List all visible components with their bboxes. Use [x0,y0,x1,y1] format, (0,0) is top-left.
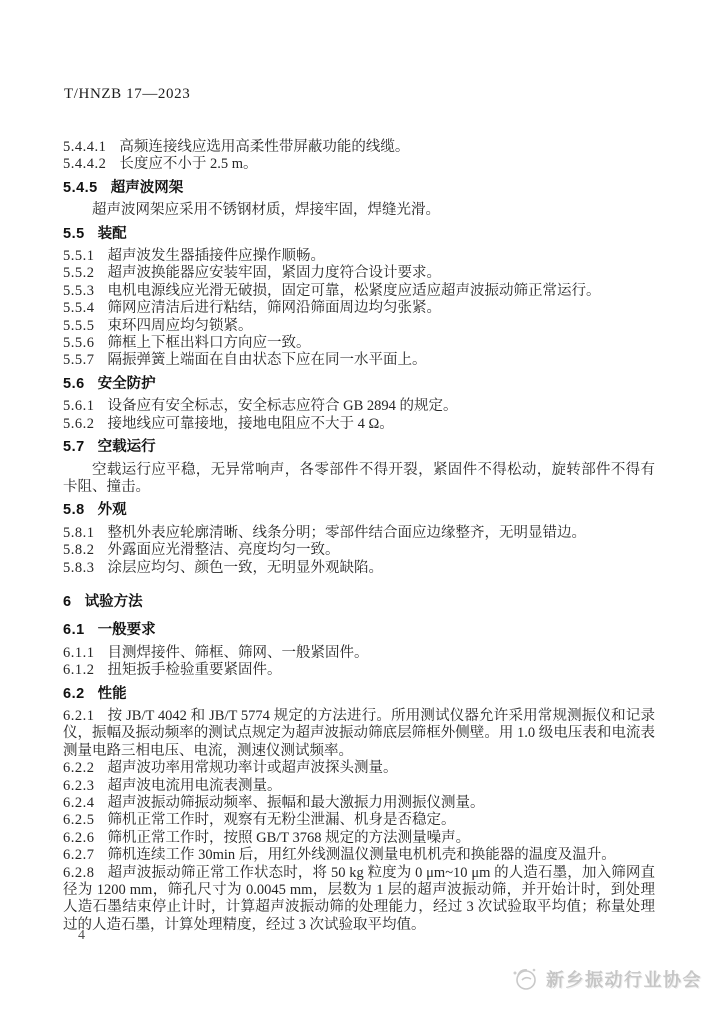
heading-6.2: 6.2性能 [63,686,655,703]
item-number: 5.6.1 [63,398,95,414]
clause-5.8.1: 5.8.1整机外表应轮廓清晰、线条分明；零部件结合面应边缘整齐，无明显错边。 [63,525,655,542]
clause-5.8.2: 5.8.2外露面应光滑整洁、亮度均匀一致。 [63,542,655,559]
item-number: 5.5.7 [63,352,95,368]
clause-6.2.4: 6.2.4超声波振动筛振动频率、振幅和最大激振力用测振仪测量。 [63,795,655,812]
item-number: 5.5.3 [63,283,95,299]
item-number: 5.8.3 [63,560,95,576]
heading-5.8: 5.8外观 [63,502,655,519]
item-text: 外露面应光滑整洁、亮度均匀一致。 [108,542,340,558]
item-number: 5.8.1 [63,525,95,541]
item-text: 超声波振动筛振动频率、振幅和最大激振力用测振仪测量。 [108,795,485,811]
item-text: 长度应不小于 2.5 m。 [119,156,257,172]
item-text: 超声波网架应采用不锈钢材质，焊接牢固，焊缝光滑。 [92,202,440,218]
item-text: 高频连接线应选用高柔性带屏蔽功能的线缆。 [119,139,409,155]
clause-5.5.6: 5.5.6筛框上下框出料口方向应一致。 [63,335,655,352]
para-16: 空载运行应平稳，无异常响声，各零部件不得开裂，紧固件不得松动，旋转部件不得有卡阻… [63,462,655,497]
heading-5.7: 5.7空载运行 [63,439,655,456]
heading-5.4.5: 5.4.5超声波网架 [63,180,655,197]
clause-5.5.5: 5.5.5束环四周应均匀锁紧。 [63,318,655,335]
item-number: 6.2.2 [63,760,95,776]
item-text: 试验方法 [85,594,143,610]
clause-5.4.4.2: 5.4.4.2长度应不小于 2.5 m。 [63,156,655,173]
item-text: 目测焊接件、筛框、筛网、一般紧固件。 [108,645,369,661]
item-text: 接地线应可靠接地，接地电阻应不大于 4 Ω。 [108,416,394,432]
item-text: 装配 [98,226,127,242]
clause-5.5.4: 5.5.4筛网应清洁后进行粘结，筛网沿筛面周边均匀张紧。 [63,300,655,317]
item-number: 6.2.4 [63,795,95,811]
item-number: 6.2.7 [63,847,95,863]
item-number: 5.6 [63,376,85,392]
page-number: 4 [78,928,85,944]
heading-5.5: 5.5装配 [63,226,655,243]
clause-5.5.2: 5.5.2超声波换能器应安装牢固，紧固力度符合设计要求。 [63,265,655,282]
item-text: 扭矩扳手检验重要紧固件。 [108,662,282,678]
item-number: 6.2.1 [63,708,95,724]
item-text: 空载运行 [98,439,156,455]
clause-6.1.1: 6.1.1目测焊接件、筛框、筛网、一般紧固件。 [63,645,655,662]
item-text: 束环四周应均匀锁紧。 [108,318,253,334]
clause-6.2.1: 6.2.1按 JB/T 4042 和 JB/T 5774 规定的方法进行。所用测… [63,708,655,760]
item-number: 5.5 [63,226,85,242]
clause-5.6.2: 5.6.2接地线应可靠接地，接地电阻应不大于 4 Ω。 [63,416,655,433]
para-3: 超声波网架应采用不锈钢材质，焊接牢固，焊缝光滑。 [63,202,655,219]
item-number: 5.7 [63,439,85,455]
item-number: 5.5.1 [63,248,95,264]
association-logo-icon [511,966,539,992]
item-text: 涂层应均匀、颜色一致，无明显外观缺陷。 [108,560,384,576]
clause-6.1.2: 6.1.2扭矩扳手检验重要紧固件。 [63,662,655,679]
item-number: 6.2.8 [63,865,95,881]
heading-6.1: 6.1一般要求 [63,622,655,639]
item-number: 6.1.2 [63,662,95,678]
item-number: 5.5.5 [63,318,95,334]
item-text: 超声波网架 [111,180,184,196]
clause-6.2.3: 6.2.3超声波电流用电流表测量。 [63,778,655,795]
clause-6.2.2: 6.2.2超声波功率用常规功率计或超声波探头测量。 [63,760,655,777]
clause-5.5.1: 5.5.1超声波发生器插接件应操作顺畅。 [63,248,655,265]
item-text: 电机电源线应光滑无破损，固定可靠，松紧度应适应超声波振动筛正常运行。 [108,283,601,299]
item-text: 按 JB/T 4042 和 JB/T 5774 规定的方法进行。所用测试仪器允许… [63,708,655,759]
item-text: 筛框上下框出料口方向应一致。 [108,335,311,351]
clause-5.4.4.1: 5.4.4.1高频连接线应选用高柔性带屏蔽功能的线缆。 [63,139,655,156]
item-number: 6.2 [63,686,85,702]
watermark-text: 新乡振动行业协会 [546,966,702,992]
clause-5.5.7: 5.5.7隔振弹簧上端面在自由状态下应在同一水平面上。 [63,352,655,369]
item-number: 5.4.4.1 [63,139,106,155]
clause-5.6.1: 5.6.1设备应有安全标志，安全标志应符合 GB 2894 的规定。 [63,398,655,415]
item-text: 超声波换能器应安装牢固，紧固力度符合设计要求。 [108,265,442,281]
item-number: 5.4.4.2 [63,156,106,172]
item-text: 筛网应清洁后进行粘结，筛网沿筛面周边均匀张紧。 [108,300,442,316]
document-code-header: T/HNZB 17—2023 [64,86,190,103]
clause-6.2.8: 6.2.8超声波振动筛正常工作状态时，将 50 kg 粒度为 0 μm~10 μ… [63,865,655,935]
item-number: 5.5.6 [63,335,95,351]
item-text: 筛机正常工作时，按照 GB/T 3768 规定的方法测量噪声。 [108,830,471,846]
item-text: 超声波振动筛正常工作状态时，将 50 kg 粒度为 0 μm~10 μm 的人造… [63,865,655,933]
item-text: 设备应有安全标志，安全标志应符合 GB 2894 的规定。 [108,398,458,414]
association-watermark: 新乡振动行业协会 [511,966,702,992]
clause-6.2.7: 6.2.7筛机连续工作 30min 后，用红外线测温仪测量电机机壳和换能器的温度… [63,847,655,864]
chapter-6: 6试验方法 [63,594,655,611]
item-text: 超声波发生器插接件应操作顺畅。 [108,248,326,264]
heading-5.6: 5.6安全防护 [63,376,655,393]
item-text: 一般要求 [98,622,156,638]
item-number: 5.4.5 [63,180,98,196]
clause-5.8.3: 5.8.3涂层应均匀、颜色一致，无明显外观缺陷。 [63,560,655,577]
item-number: 6.2.6 [63,830,95,846]
clause-6.2.6: 6.2.6筛机正常工作时，按照 GB/T 3768 规定的方法测量噪声。 [63,830,655,847]
item-number: 6.2.5 [63,812,95,828]
document-body: 5.4.4.1高频连接线应选用高柔性带屏蔽功能的线缆。 5.4.4.2长度应不小… [63,139,655,934]
item-number: 6.1.1 [63,645,95,661]
item-text: 隔振弹簧上端面在自由状态下应在同一水平面上。 [108,352,427,368]
item-number: 5.5.4 [63,300,95,316]
clause-6.2.5: 6.2.5筛机正常工作时，观察有无粉尘泄漏、机身是否稳定。 [63,812,655,829]
item-text: 筛机正常工作时，观察有无粉尘泄漏、机身是否稳定。 [108,812,456,828]
item-text: 超声波功率用常规功率计或超声波探头测量。 [108,760,398,776]
item-number: 6 [63,594,72,610]
item-number: 5.5.2 [63,265,95,281]
clause-5.5.3: 5.5.3电机电源线应光滑无破损，固定可靠，松紧度应适应超声波振动筛正常运行。 [63,283,655,300]
item-text: 外观 [98,502,127,518]
item-text: 超声波电流用电流表测量。 [108,778,282,794]
item-text: 安全防护 [98,376,156,392]
item-text: 性能 [98,686,127,702]
item-number: 6.1 [63,622,85,638]
item-number: 5.8 [63,502,85,518]
item-text: 空载运行应平稳，无异常响声，各零部件不得开裂，紧固件不得松动，旋转部件不得有卡阻… [63,462,655,495]
item-number: 5.6.2 [63,416,95,432]
item-text: 筛机连续工作 30min 后，用红外线测温仪测量电机机壳和换能器的温度及温升。 [108,847,616,863]
item-text: 整机外表应轮廓清晰、线条分明；零部件结合面应边缘整齐，无明显错边。 [108,525,587,541]
item-number: 6.2.3 [63,778,95,794]
item-number: 5.8.2 [63,542,95,558]
